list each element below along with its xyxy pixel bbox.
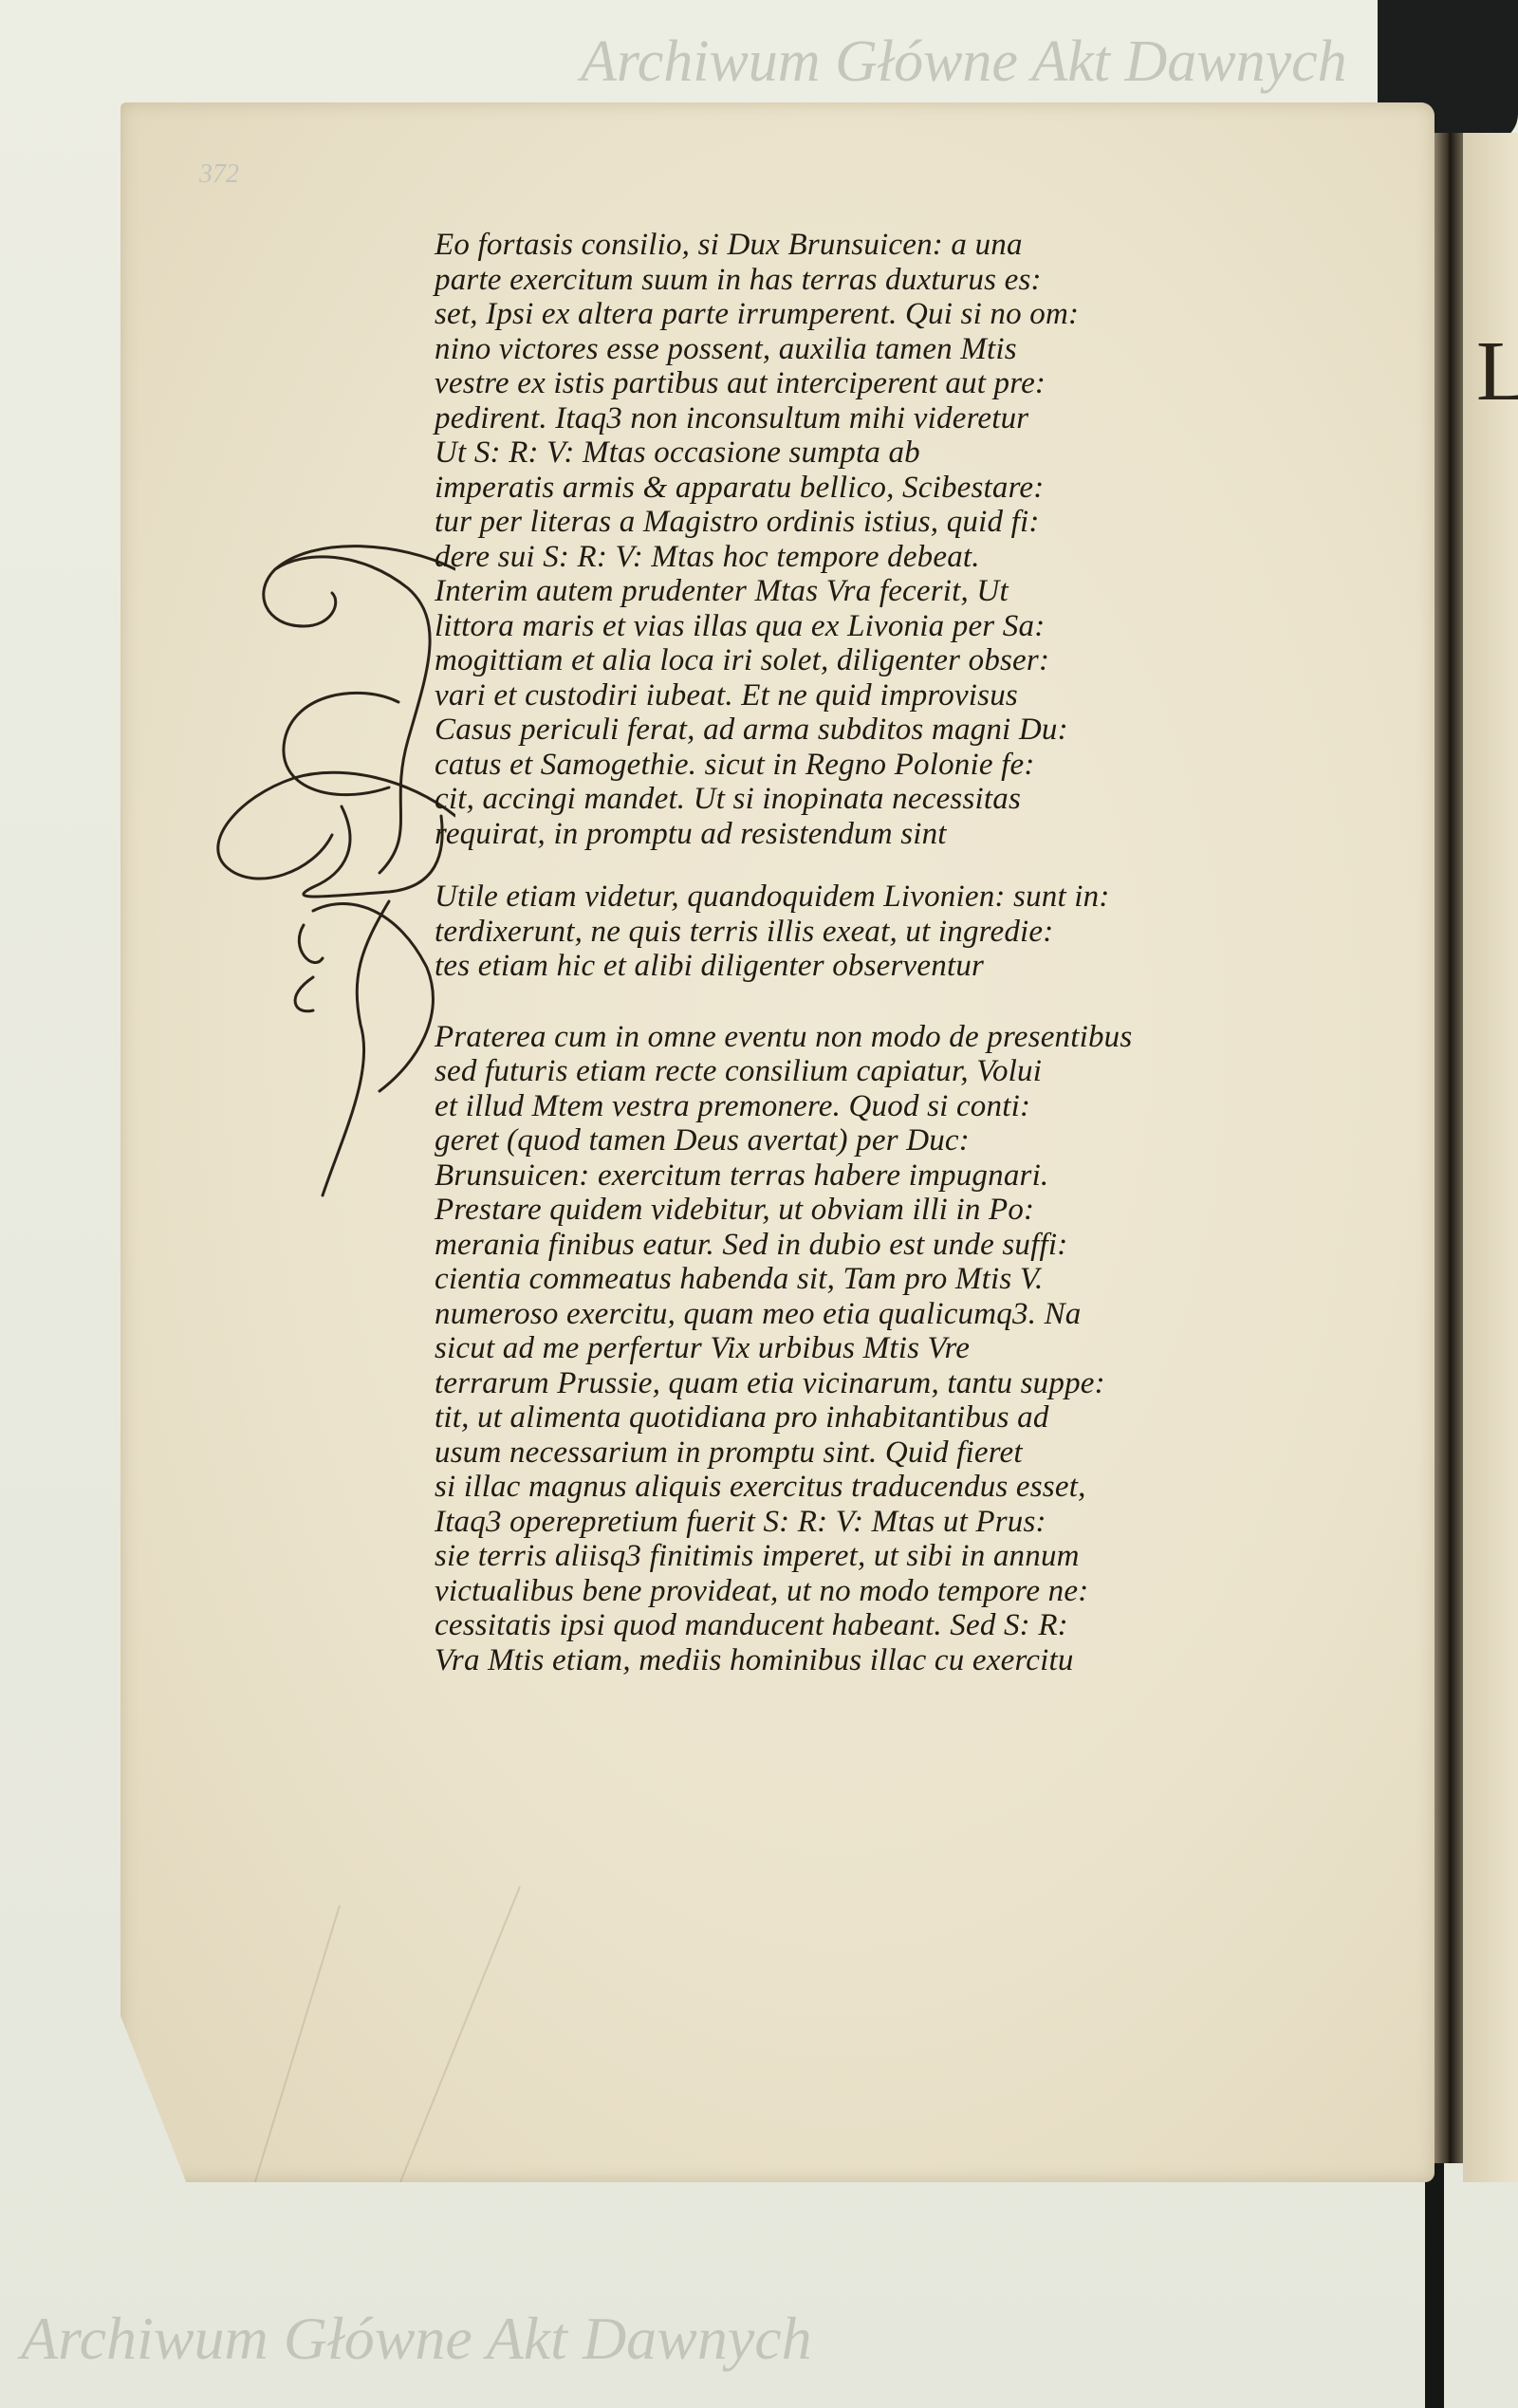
text-line: Brunsuicen: exercitum terras habere impu… bbox=[435, 1158, 1393, 1194]
text-line: terrarum Prussie, quam etia vicinarum, t… bbox=[435, 1366, 1393, 1401]
text-line: set, Ipsi ex altera parte irrumperent. Q… bbox=[435, 297, 1393, 332]
decorative-flourish-icon bbox=[171, 531, 455, 1271]
text-line: dere sui S: R: V: Mtas hoc tempore debea… bbox=[435, 540, 1393, 575]
paragraph-3: Praterea cum in omne eventu non modo de … bbox=[435, 1020, 1393, 1678]
text-line: Interim autem prudenter Mtas Vra fecerit… bbox=[435, 574, 1393, 609]
paragraph-1: Eo fortasis consilio, si Dux Brunsuicen:… bbox=[435, 228, 1393, 851]
text-line: victualibus bene provideat, ut no modo t… bbox=[435, 1574, 1393, 1609]
text-line: Eo fortasis consilio, si Dux Brunsuicen:… bbox=[435, 228, 1393, 263]
text-line: Casus periculi ferat, ad arma subditos m… bbox=[435, 713, 1393, 748]
text-line: numeroso exercitu, quam meo etia qualicu… bbox=[435, 1297, 1393, 1332]
text-line: si illac magnus aliquis exercitus traduc… bbox=[435, 1470, 1393, 1505]
paragraph-gap bbox=[435, 851, 1393, 880]
text-line: merania finibus eatur. Sed in dubio est … bbox=[435, 1228, 1393, 1263]
text-line: et illud Mtem vestra premonere. Quod si … bbox=[435, 1089, 1393, 1124]
text-line: tes etiam hic et alibi diligenter observ… bbox=[435, 949, 1393, 984]
text-line: sed futuris etiam recte consilium capiat… bbox=[435, 1054, 1393, 1089]
text-line: pedirent. Itaq3 non inconsultum mihi vid… bbox=[435, 401, 1393, 436]
text-line: geret (quod tamen Deus avertat) per Duc: bbox=[435, 1123, 1393, 1158]
text-line: cit, accingi mandet. Ut si inopinata nec… bbox=[435, 782, 1393, 817]
text-line: requirat, in promptu ad resistendum sint bbox=[435, 817, 1393, 852]
archive-watermark-top: Archiwum Główne Akt Dawnych bbox=[581, 28, 1347, 96]
text-line: vestre ex istis partibus aut intercipere… bbox=[435, 366, 1393, 401]
text-line: tit, ut alimenta quotidiana pro inhabita… bbox=[435, 1400, 1393, 1436]
text-line: Vra Mtis etiam, mediis hominibus illac c… bbox=[435, 1643, 1393, 1678]
text-line: sie terris aliisq3 finitimis imperet, ut… bbox=[435, 1539, 1393, 1574]
text-line: mogittiam et alia loca iri solet, dilige… bbox=[435, 643, 1393, 678]
text-line: Itaq3 operepretium fuerit S: R: V: Mtas … bbox=[435, 1505, 1393, 1540]
text-line: Prestare quidem videbitur, ut obviam ill… bbox=[435, 1193, 1393, 1228]
paragraph-2: Utile etiam videtur, quandoquidem Livoni… bbox=[435, 880, 1393, 984]
text-line: vari et custodiri iubeat. Et ne quid imp… bbox=[435, 678, 1393, 713]
text-line: Utile etiam videtur, quandoquidem Livoni… bbox=[435, 880, 1393, 915]
text-line: cessitatis ipsi quod manducent habeant. … bbox=[435, 1608, 1393, 1643]
text-line: cientia commeatus habenda sit, Tam pro M… bbox=[435, 1262, 1393, 1297]
paper-crease bbox=[391, 1886, 521, 2204]
facing-page-letter: L bbox=[1476, 323, 1518, 420]
paragraph-gap bbox=[435, 984, 1393, 1020]
archive-watermark-bottom: Archiwum Główne Akt Dawnych bbox=[21, 2304, 812, 2374]
text-line: parte exercitum suum in has terras duxtu… bbox=[435, 263, 1393, 298]
manuscript-text: Eo fortasis consilio, si Dux Brunsuicen:… bbox=[435, 228, 1393, 1677]
text-line: usum necessarium in promptu sint. Quid f… bbox=[435, 1436, 1393, 1471]
paper-crease bbox=[250, 1905, 340, 2196]
text-line: Ut S: R: V: Mtas occasione sumpta ab bbox=[435, 435, 1393, 471]
text-line: tur per literas a Magistro ordinis istiu… bbox=[435, 505, 1393, 540]
text-line: littora maris et vias illas qua ex Livon… bbox=[435, 609, 1393, 644]
folio-number: 372 bbox=[199, 159, 239, 190]
binding-bottom bbox=[1425, 2163, 1444, 2408]
book-spine bbox=[1435, 133, 1463, 2163]
facing-page-edge: L bbox=[1463, 133, 1518, 2182]
text-line: imperatis armis & apparatu bellico, Scib… bbox=[435, 471, 1393, 506]
text-line: nino victores esse possent, auxilia tame… bbox=[435, 332, 1393, 367]
text-line: terdixerunt, ne quis terris illis exeat,… bbox=[435, 915, 1393, 950]
text-line: Praterea cum in omne eventu non modo de … bbox=[435, 1020, 1393, 1055]
text-line: sicut ad me perfertur Vix urbibus Mtis V… bbox=[435, 1331, 1393, 1366]
text-line: catus et Samogethie. sicut in Regno Polo… bbox=[435, 748, 1393, 783]
